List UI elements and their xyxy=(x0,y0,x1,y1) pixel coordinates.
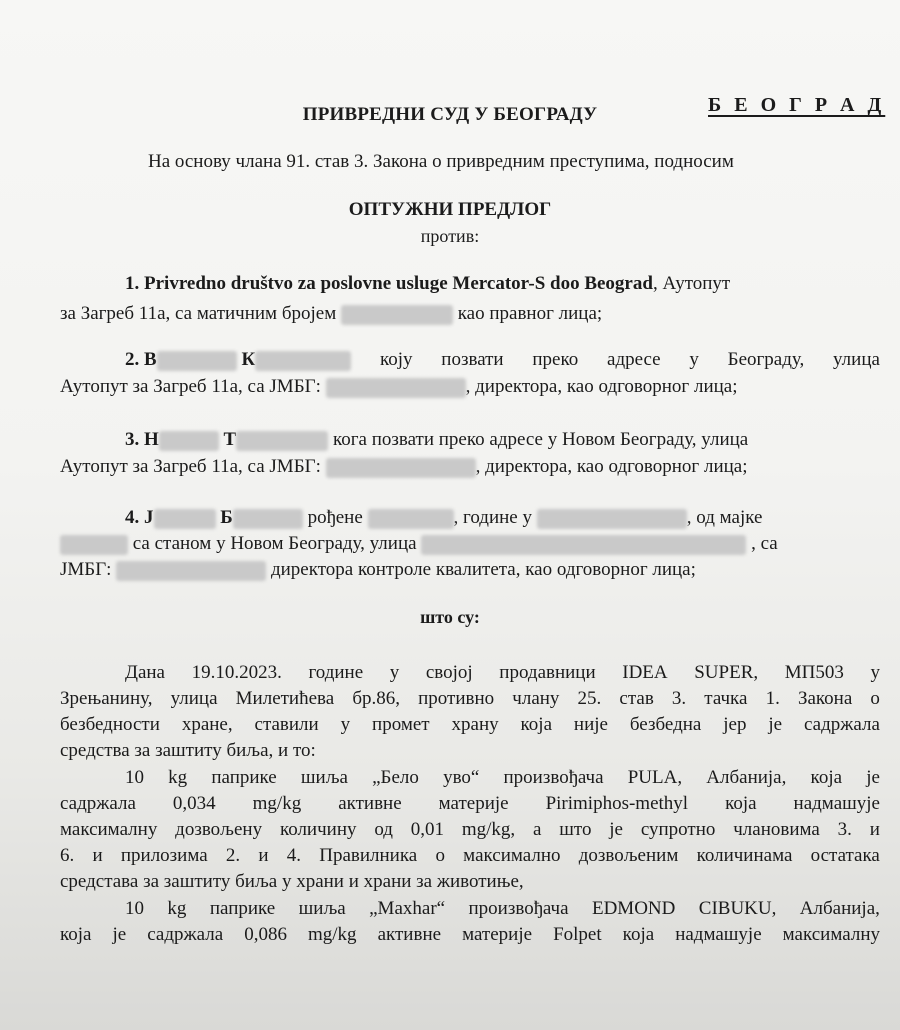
redaction xyxy=(368,509,454,529)
redaction xyxy=(421,535,746,555)
redaction xyxy=(537,509,687,529)
company-name: Privredno društvo za poslovne usluge Mer… xyxy=(144,273,653,294)
document-title: ОПТУЖНИ ПРЕДЛОГ xyxy=(0,198,900,222)
against-label: против: xyxy=(0,224,900,248)
defendant-3-line-2: Аутопут за Загреб 11а, са ЈМБГ: , директ… xyxy=(60,455,748,479)
redaction xyxy=(157,351,237,371)
redaction xyxy=(159,431,219,451)
redaction xyxy=(154,509,216,529)
redaction xyxy=(326,378,466,398)
redaction xyxy=(236,431,328,451)
defendant-2-line-1: 2. В К коју позвати преко адресе у Беогр… xyxy=(125,348,880,372)
body-line: 6.иприлозима2.и4.Правилникаомаксималнодо… xyxy=(60,844,880,868)
redaction xyxy=(60,535,128,555)
city-heading: Б Е О Г Р А Д xyxy=(708,93,885,117)
body-line: средстава за заштиту биља у храни и хран… xyxy=(60,870,880,894)
document-page: ПРИВРЕДНИ СУД У БЕОГРАДУ Б Е О Г Р А Д Н… xyxy=(0,0,900,1030)
defendant-2-line-2: Аутопут за Загреб 11а, са ЈМБГ: , директ… xyxy=(60,375,738,399)
body-line: безбедностихране,ставилиупрометхранукоја… xyxy=(60,713,880,737)
defendant-3-line-1: 3. Н Т кога позвати преко адресе у Новом… xyxy=(125,428,748,452)
intro-text: На основу члана 91. став 3. Закона о при… xyxy=(148,150,734,174)
body-line: Дана19.10.2023.годинеусвојојпродавнициID… xyxy=(125,661,880,685)
body-line: 10kgпаприкешиља„Maxhar“произвођачаEDMOND… xyxy=(125,897,880,921)
defendant-4-line-1: 4. Ј Б рођене , године у , од мајке xyxy=(125,506,762,530)
body-line: садржала0,034mg/kgактивнематеријеPirimip… xyxy=(60,792,880,816)
defendant-1-line-2: за Загреб 11а, са матичним бројем као пр… xyxy=(60,302,602,326)
redaction xyxy=(341,305,453,325)
body-line: којајесадржала0,086mg/kgактивнематеријеF… xyxy=(60,923,880,947)
body-line: средства за заштиту биља, и то: xyxy=(60,739,880,763)
defendant-number: 1. xyxy=(125,273,139,294)
body-line: 10kgпаприкешиља„Белоуво“произвођачаPULA,… xyxy=(125,766,880,790)
body-line: максималнудозвољенуколичинуод0,01mg/kg,а… xyxy=(60,818,880,842)
redaction xyxy=(326,458,476,478)
defendant-1-line-1: 1. Privredno društvo za poslovne usluge … xyxy=(125,272,730,296)
redaction xyxy=(255,351,351,371)
defendant-4-line-3: ЈМБГ: директора контроле квалитета, као … xyxy=(60,558,696,582)
defendant-4-line-2: са станом у Новом Београду, улица , са xyxy=(60,532,778,556)
redaction xyxy=(116,561,266,581)
body-line: Зрењанину,улицаМилетићевабр.86,противноч… xyxy=(60,687,880,711)
redaction xyxy=(233,509,303,529)
section-heading: што су: xyxy=(0,605,900,629)
